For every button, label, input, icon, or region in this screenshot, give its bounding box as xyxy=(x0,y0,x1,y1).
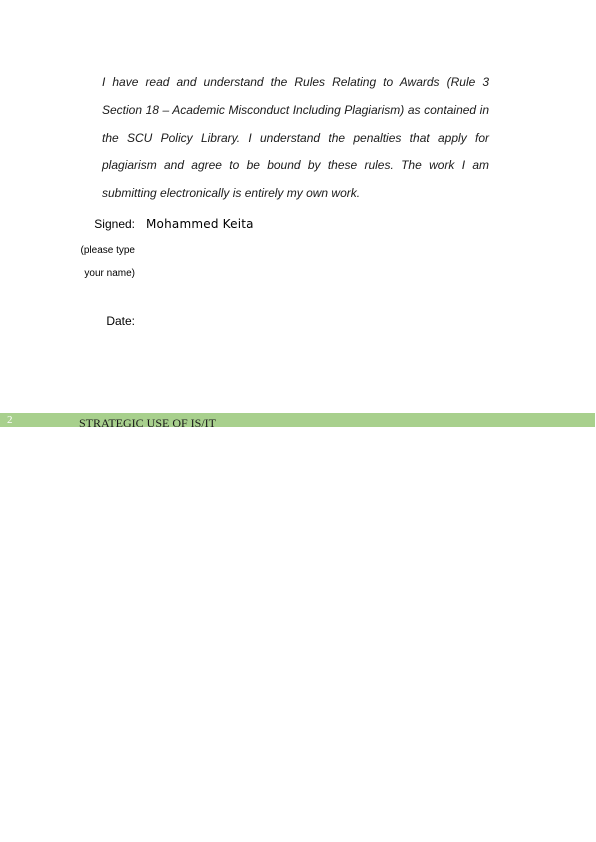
signed-hint-line-2: your name) xyxy=(84,268,135,279)
signed-label: Signed: xyxy=(94,217,135,231)
academic-integrity-declaration: I have read and understand the Rules Rel… xyxy=(102,69,489,208)
signed-name-field[interactable]: Mohammed Keita xyxy=(146,217,254,231)
page-number: 2 xyxy=(7,413,13,427)
signed-hint-line-1: (please type xyxy=(81,245,135,256)
running-title: STRATEGIC USE OF IS/IT xyxy=(79,416,216,430)
date-label: Date: xyxy=(106,314,135,328)
